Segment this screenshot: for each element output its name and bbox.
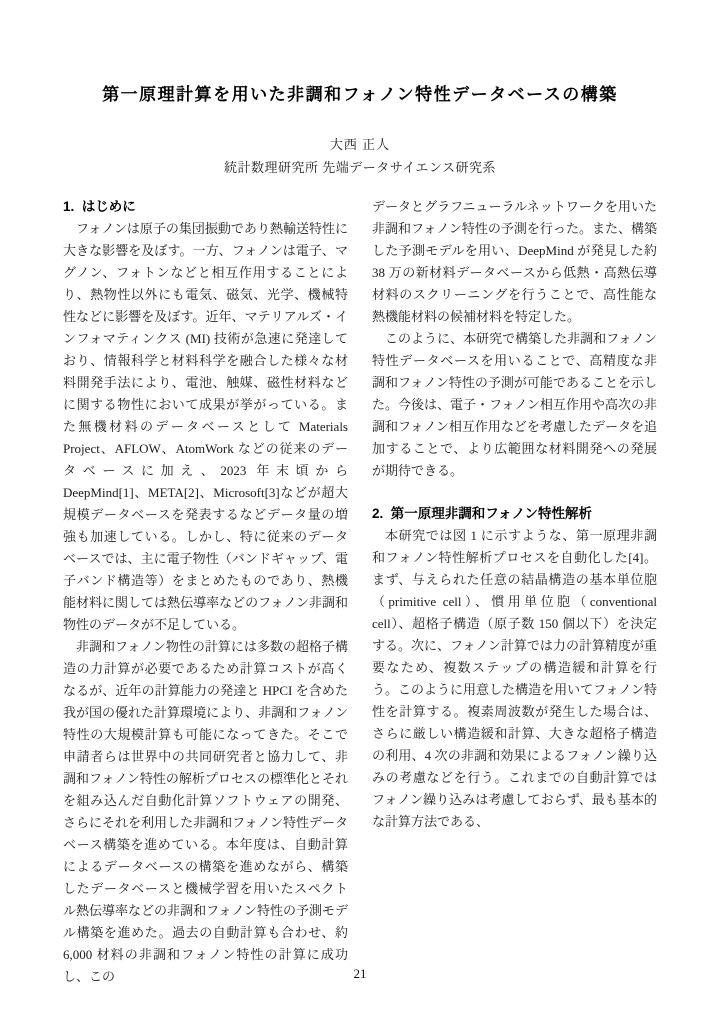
intro-paragraph-1: フォノンは原子の集団振動であり熱輸送特性に大きな影響を及ぼす。一方、フォノンは電… bbox=[63, 218, 348, 636]
author-affiliation: 統計数理研究所 先端データサイエンス研究系 bbox=[0, 157, 720, 176]
intro-paragraph-2-continued: データとグラフニューラルネットワークを用いた非調和フォノン特性の予測を行った。ま… bbox=[372, 196, 657, 328]
intro-paragraph-3: このように、本研究で構築した非調和フォノン特性データベースを用いることで、高精度… bbox=[372, 328, 657, 482]
page-number: 21 bbox=[0, 966, 720, 982]
paper-title: 第一原理計算を用いた非調和フォノン特性データベースの構築 bbox=[0, 80, 720, 105]
left-column: 1. はじめに フォノンは原子の集団振動であり熱輸送特性に大きな影響を及ぼす。一… bbox=[63, 196, 348, 988]
author-name: 大西 正人 bbox=[0, 134, 720, 153]
two-column-body: 1. はじめに フォノンは原子の集団振動であり熱輸送特性に大きな影響を及ぼす。一… bbox=[63, 196, 657, 988]
section-1-heading: 1. はじめに bbox=[63, 196, 348, 218]
intro-paragraph-2: 非調和フォノン物性の計算には多数の超格子構造の力計算が必要であるため計算コストが… bbox=[63, 636, 348, 988]
right-column: データとグラフニューラルネットワークを用いた非調和フォノン特性の予測を行った。ま… bbox=[372, 196, 657, 988]
method-paragraph-1: 本研究では図 1 に示すような、第一原理非調和フォノン特性解析プロセスを自動化し… bbox=[372, 525, 657, 833]
paper-page: 第一原理計算を用いた非調和フォノン特性データベースの構築 大西 正人 統計数理研… bbox=[0, 0, 720, 1019]
section-2-heading: 2. 第一原理非調和フォノン特性解析 bbox=[372, 503, 657, 525]
